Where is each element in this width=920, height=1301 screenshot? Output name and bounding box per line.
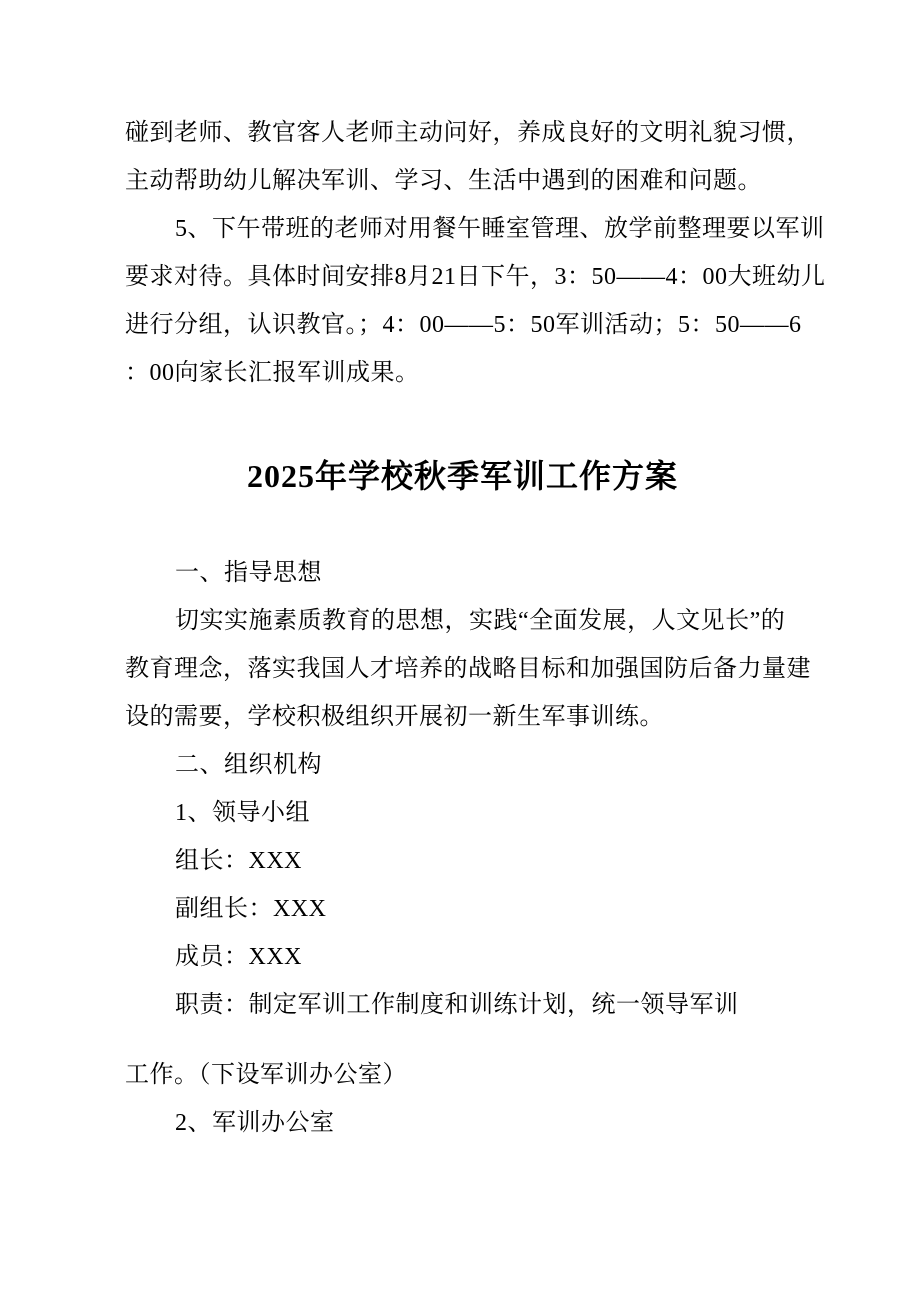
deputy-leader-line: 副组长：XXX	[125, 885, 800, 933]
document-page: 碰到老师、教官客人老师主动问好，养成良好的文明礼貌习惯， 主动帮助幼儿解决军训、…	[0, 0, 920, 1301]
section-1-paragraph-line: 设的需要，学校积极组织开展初一新生军事训练。	[125, 693, 800, 741]
members-line: 成员：XXX	[125, 933, 800, 981]
list-item-5-line: 进行分组，认识教官。；4：00——5：50军训活动；5：50——6	[125, 301, 800, 349]
list-item-5-line: 5、下午带班的老师对用餐午睡室管理、放学前整理要以军训	[125, 205, 800, 253]
list-item-5-line: 要求对待。具体时间安排8月21日下午，3：50——4：00大班幼儿	[125, 253, 800, 301]
paragraph-line: 碰到老师、教官客人老师主动问好，养成良好的文明礼貌习惯，	[125, 109, 800, 157]
duty-line: 工作。（下设军训办公室）	[125, 1051, 800, 1099]
leader-line: 组长：XXX	[125, 837, 800, 885]
paragraph-line: 主动帮助幼儿解决军训、学习、生活中遇到的困难和问题。	[125, 157, 800, 205]
document-content: 碰到老师、教官客人老师主动问好，养成良好的文明礼貌习惯， 主动帮助幼儿解决军训、…	[125, 109, 800, 1147]
section-2-sub2-heading: 2、军训办公室	[125, 1099, 800, 1147]
section-1-paragraph-line: 切实实施素质教育的思想，实践“全面发展，人文见长”的	[125, 597, 800, 645]
list-item-5-line: ：00向家长汇报军训成果。	[125, 349, 800, 397]
duty-line: 职责：制定军训工作制度和训练计划，统一领导军训	[125, 981, 800, 1029]
section-1-paragraph-line: 教育理念，落实我国人才培养的战略目标和加强国防后备力量建	[125, 645, 800, 693]
document-title: 2025年学校秋季军训工作方案	[125, 446, 800, 506]
section-2-heading: 二、组织机构	[125, 741, 800, 789]
section-1-heading: 一、指导思想	[125, 549, 800, 597]
section-2-sub1-heading: 1、领导小组	[125, 789, 800, 837]
